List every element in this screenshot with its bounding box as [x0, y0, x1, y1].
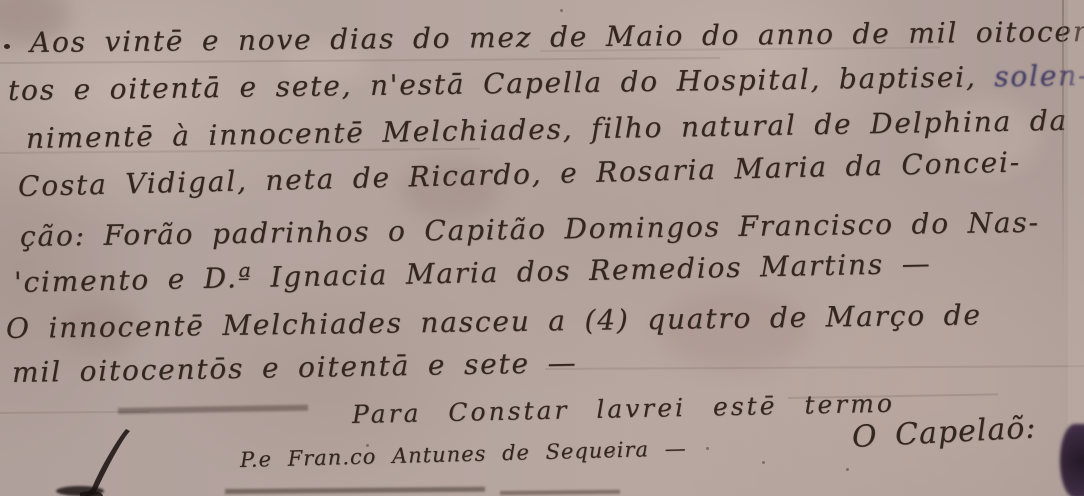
page-edge-highlight	[1068, 0, 1084, 496]
ink-speck	[706, 447, 709, 450]
cutoff-text-stroke	[500, 490, 620, 495]
pencil-rule	[545, 365, 1084, 369]
ink-speck	[366, 444, 369, 447]
closing-statement-line: Para Constar lavrei estē termo	[352, 389, 896, 429]
paper-crease	[1062, 0, 1064, 300]
ink-speck	[560, 9, 563, 12]
ink-speck	[846, 468, 849, 471]
ink-blot	[56, 486, 104, 496]
ink-blot	[1060, 424, 1084, 496]
signature-line: P.e Fran.co Antunes de Sequeira —	[240, 436, 687, 472]
margin-dot	[4, 44, 10, 49]
manuscript-line-7: O innocentē Melchiades nasceu a (4) quat…	[6, 298, 982, 345]
manuscript-line-2: tos e oitentā e sete, n'estā Capella do …	[8, 59, 1084, 107]
manuscript-line-6: 'cimento e D.ª Ignacia Maria dos Remedio…	[14, 247, 932, 299]
manuscript-line-2-text: tos e oitentā e sete, n'estā Capella do …	[8, 60, 977, 107]
manuscript-line-5: ção: Forão padrinhos o Capitão Domingos …	[20, 206, 1040, 253]
pencil-smudge	[118, 405, 308, 414]
cutoff-text-stroke	[225, 487, 485, 494]
manuscript-line-1: Aos vintē e nove dias do mez de Maio do …	[30, 15, 1084, 59]
ink-speck	[762, 461, 765, 464]
manuscript-line-4: Costa Vidigal, neta de Ricardo, e Rosari…	[18, 145, 1022, 203]
manuscript-page: Aos vintē e nove dias do mez de Maio do …	[0, 0, 1084, 496]
ink-speck	[612, 452, 615, 455]
